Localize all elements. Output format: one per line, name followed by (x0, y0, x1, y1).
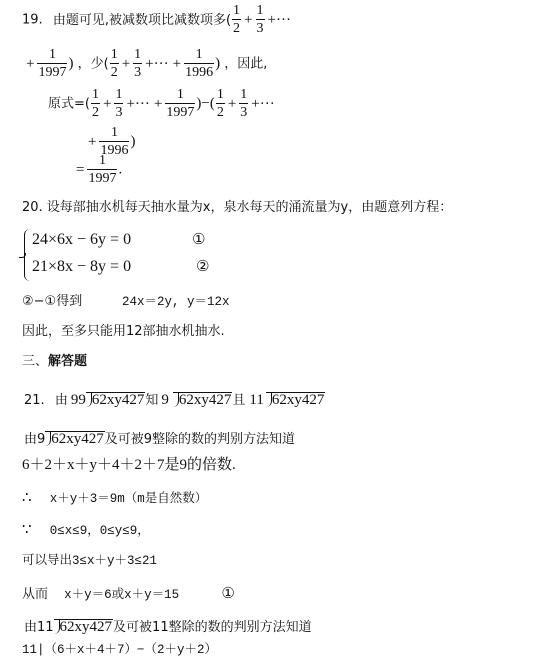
fraction: 11997 (37, 48, 67, 80)
original-expression-label: 原式=( (48, 97, 90, 112)
derive-label: ②−①得到 (22, 295, 82, 308)
long-division-dividend: 62xy427 (173, 392, 233, 409)
problem-19-line-2: +11997) ，少(12+13+···+11996) ，因此, (24, 48, 267, 80)
problem-21-line-6: 可以导出3≤x＋y＋3≤21 (22, 555, 157, 568)
divisor-99: 99 (71, 392, 86, 408)
problem-21-line-8: 由1162xy427及可被11整除的数的判别方法知道 (24, 619, 312, 636)
problem-20-conclusion: 因此，至多只能用12部抽水机抽水. (22, 325, 225, 338)
equation-2-marker: ② (196, 259, 209, 274)
problem-20-intro: 20. 设每部抽水机每天抽水量为x，泉水每天的涌流量为y，由题意列方程： (22, 201, 452, 214)
plus-sign: + (88, 134, 96, 150)
problem-19-line-1: 19. 由题可见,被减数项比减数项多(12+13+··· (22, 4, 293, 36)
section-heading: 三、解答题 (22, 355, 87, 368)
equation-1-marker: ① (192, 232, 205, 247)
close-paren: ) (215, 56, 220, 72)
divisibility-rule-text: 及可被11整除的数的判别方法知道 (113, 620, 312, 635)
fraction: 13 (256, 4, 265, 36)
text-by-9: 由9 (24, 432, 45, 447)
text-less: ，少( (78, 57, 109, 72)
problem-21-line-5: ∵ 0≤x≤9，0≤y≤9， (22, 523, 150, 538)
equation-marker: ① (221, 584, 234, 602)
fraction: 11997 (87, 154, 117, 186)
text-by-11: 由11 (24, 620, 54, 635)
section-title: 解答题 (48, 354, 87, 369)
equals-sign: = (76, 162, 84, 178)
period: . (118, 162, 122, 178)
ellipsis: +··· (126, 96, 149, 112)
therefore-symbol: ∴ (22, 490, 32, 506)
divisibility-rule-text: 及可被9整除的数的判别方法知道 (105, 432, 295, 447)
fraction: 12 (232, 4, 241, 36)
problem-21-line-7: 从而 x＋y＝6或x＋y＝15 ① (22, 586, 235, 602)
text-by: 由 (55, 393, 68, 408)
problem-21-line-9: 11|（6＋x＋4＋7）−（2＋y＋2） (22, 644, 217, 657)
problem-number: 21. (24, 393, 45, 408)
problem-21-line-3: 6＋2＋x＋y＋4＋2＋7是9的倍数. (22, 458, 236, 473)
long-division-dividend: 62xy427 (54, 619, 114, 636)
fraction: 12 (110, 48, 119, 80)
long-division-dividend: 62xy427 (86, 392, 146, 409)
plus-sign: + (26, 56, 34, 72)
fraction: 11996 (184, 48, 214, 80)
possible-sums: x＋y＝6或x＋y＝15 (64, 588, 179, 602)
fraction: 11997 (165, 88, 195, 120)
equation-2: 21×8x − 8y = 0 (32, 259, 131, 275)
divisor-11: 11 (249, 392, 263, 408)
long-division-dividend: 62xy427 (266, 392, 326, 409)
ellipsis: +··· (251, 96, 274, 112)
ellipsis: +··· (268, 12, 291, 28)
text-therefore: ，因此, (224, 57, 267, 72)
problem-19-result: =11997. (74, 154, 122, 186)
ellipsis: +··· (145, 56, 168, 72)
divisor-9: 9 (161, 392, 169, 408)
problem-21-line-2: 由962xy427及可被9整除的数的判别方法知道 (24, 431, 295, 448)
plus-sign: + (244, 12, 252, 28)
equation-sum: x＋y＋3＝9m（m是自然数） (50, 492, 208, 506)
text-thus: 从而 (22, 587, 48, 602)
fraction: 13 (114, 88, 123, 120)
minus-paren: )−( (196, 96, 214, 112)
plus-sign: + (122, 56, 130, 72)
derive-result: 24x＝2y, y＝12x (122, 296, 230, 309)
plus-sign: + (103, 96, 111, 112)
text-and: 且 (232, 393, 245, 408)
equation-1: 24×6x − 6y = 0 (32, 232, 131, 248)
problem-21-line-1: 21. 由9962xy427知962xy427且1162xy427 (24, 392, 325, 409)
statement-text: 由题可见,被减数项比减数项多( (53, 13, 231, 28)
fraction: 12 (216, 88, 225, 120)
long-division-dividend: 62xy427 (45, 431, 105, 448)
section-number: 三、 (22, 354, 48, 369)
fraction: 13 (239, 88, 248, 120)
fraction: 12 (91, 88, 100, 120)
plus-sign: + (173, 56, 181, 72)
problem-number: 19. (22, 13, 43, 28)
problem-21-line-4: ∴ x＋y＋3＝9m（m是自然数） (22, 491, 207, 506)
plus-sign: + (154, 96, 162, 112)
close-paren: ) (68, 56, 73, 72)
fraction: 13 (133, 48, 142, 80)
range-condition: 0≤x≤9，0≤y≤9， (50, 524, 150, 538)
plus-sign: + (228, 96, 236, 112)
text-know: 知 (145, 393, 158, 408)
close-paren: ) (130, 134, 135, 150)
because-symbol: ∵ (22, 522, 32, 538)
problem-19-line-3: 原式=(12+13+···+11997)−(12+13+··· (48, 88, 277, 120)
